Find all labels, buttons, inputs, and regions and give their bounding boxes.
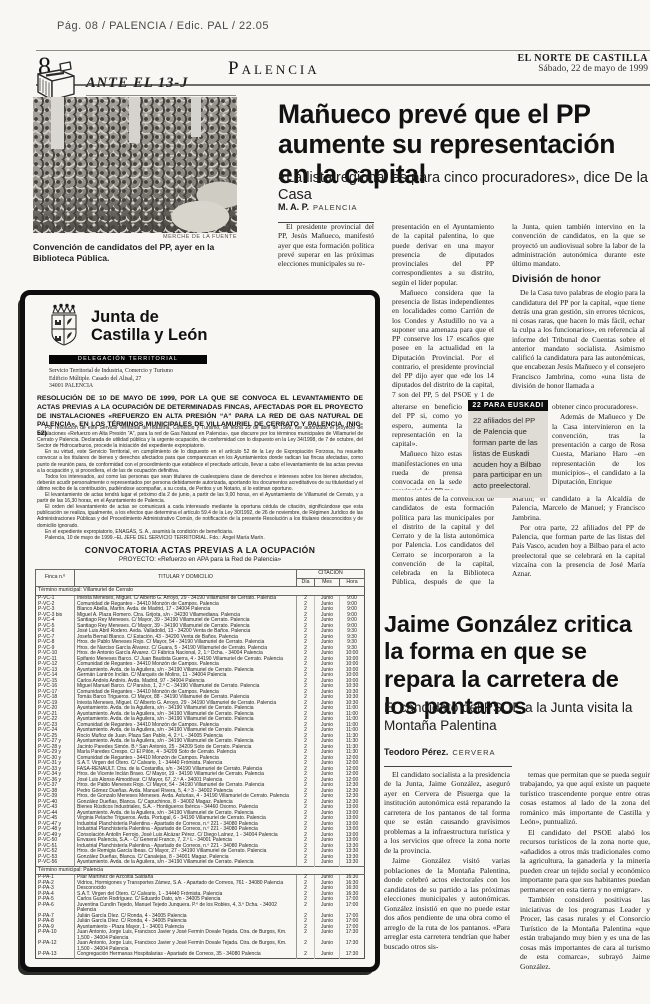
byline-author: Teodoro Pérez. (384, 747, 448, 757)
article2-subhead: El candidato del PSOE a la Junta visita … (384, 699, 646, 734)
table-cell: P-PA-13 (36, 952, 75, 958)
article2-col2: temas que permitan que se pueda seguir t… (520, 770, 650, 998)
col-header-dia: Día (297, 578, 315, 587)
paragraph: Todos los interesados, así como las pers… (37, 474, 363, 492)
paragraph: El candidato socialista a la presidencia… (384, 770, 510, 855)
article1-col2b: alterarse en beneficio del PP si, como y… (392, 402, 462, 490)
table-cell: 17:30 (340, 952, 365, 958)
article1-col3b: obtener cinco procuradores».Además de Ma… (552, 402, 645, 490)
article1-col2a: presentación en el Ayuntamiento de la ca… (392, 222, 494, 398)
paragraph: Martín; el candidato a la Alcaldía de Pa… (512, 494, 645, 522)
crowd-photo (33, 97, 237, 233)
paragraph: obtener cinco procuradores». (552, 402, 645, 411)
article2-byline: Teodoro Pérez. CERVERA (384, 742, 512, 767)
byline-place: CERVERA (452, 748, 495, 757)
article1-crosshead: División de honor (512, 273, 645, 285)
junta-wordmark: Junta de Castilla y León (91, 309, 207, 345)
table-cell: Congregación Hermanas Hospitalarias - Ap… (75, 952, 297, 958)
fincas-table: Finca n.º TITULAR Y DOMICILIO CITACIÓN D… (35, 569, 365, 959)
col-header-hora: Hora (340, 578, 365, 587)
paragraph: Además de Mañueco y De la Casa intervini… (552, 412, 645, 486)
article1-col3c: Martín; el candidato a la Alcaldía de Pa… (512, 494, 645, 588)
paper-block: EL NORTE DE CASTILLA Sábado, 22 de mayo … (517, 53, 648, 74)
col-header-mes: Mes (315, 578, 340, 587)
photo-credit: MERCHE DE LA FUENTE (33, 234, 237, 240)
masthead-top-rule (36, 50, 650, 51)
section-tag-label: ANTE EL 13-J (86, 75, 189, 92)
euskadi-box-title: 22 PARA EUSKADI (468, 400, 548, 411)
official-notice-box: Junta de Castilla y León DELEGACIÓN TERR… (20, 290, 380, 972)
paragraph: El candidato del PSOE alabó los recursos… (520, 828, 650, 894)
paragraph: También consideró positivas las iniciati… (520, 895, 650, 971)
paragraph: alterarse en beneficio del PP si, como y… (392, 402, 462, 448)
section-title: Palencia (228, 58, 320, 80)
paragraph: En su virtud, este Servicio Territorial,… (37, 449, 363, 473)
legal-text: Por resolución de este Servicio Territor… (37, 425, 363, 541)
convocatoria-project: PROYECTO: «Refuerzo en APA para la Red d… (25, 556, 375, 563)
newspaper-page: Pág. 08 / PALENCIA / Edic. PAL / 22.05 8… (0, 0, 650, 1004)
table-cell: Junio (315, 952, 340, 958)
issue-date: Sábado, 22 de mayo de 1999 (517, 64, 648, 74)
paragraph: Palencia, 10 de mayo de 1999.–EL JEFE DE… (37, 535, 363, 541)
article1-col3a: la Junta, quien también intervino en la … (512, 222, 645, 398)
article1-col1: El presidente provincial del PP, Jesús M… (278, 222, 374, 288)
paragraph: la Junta, quien también intervino en la … (512, 222, 645, 268)
delegation-bar: DELEGACIÓN TERRITORIAL (49, 355, 207, 364)
paper-name: EL NORTE DE CASTILLA (517, 53, 648, 64)
paragraph: Servicio Territorial de Industria, Comer… (49, 368, 173, 376)
paragraph: mentos antes de la convención de candida… (392, 494, 494, 588)
euskadi-box-text: 22 afiliados del PP de Palencia que form… (468, 411, 548, 498)
paragraph: presentación en el Ayuntamiento de la ca… (392, 222, 494, 287)
table-cell: Vidrios, Hormigones y Transportes Zámez,… (75, 881, 297, 887)
paragraph: De la Casa tuvo palabras de elogio para … (512, 288, 645, 390)
paragraph: Por otra parte, 22 afiliados del PP de P… (512, 523, 645, 579)
paragraph: 34001 PALENCIA (49, 383, 173, 391)
paragraph: El levantamiento de actas tendrá lugar e… (37, 492, 363, 504)
junta-coat-of-arms-icon (45, 303, 85, 360)
article1-col2c: mentos antes de la convención de candida… (392, 494, 494, 588)
table-row: P-PA-13Congregación Hermanas Hospitalari… (36, 952, 365, 958)
article2-col1: El candidato socialista a la presidencia… (384, 770, 510, 998)
tag-underline (86, 95, 236, 96)
print-edition-header: Pág. 08 / PALENCIA / Edic. PAL / 22.05 (57, 20, 269, 32)
paragraph: El orden del levantamiento de actas se c… (37, 504, 363, 528)
paragraph: Por resolución de este Servicio Territor… (37, 425, 363, 449)
table-cell: 2 (297, 952, 315, 958)
col-header-finca: Finca n.º (36, 570, 75, 587)
paragraph: Jaime González visitó varias poblaciones… (384, 856, 510, 951)
paragraph: temas que permitan que se pueda seguir t… (520, 770, 650, 827)
article1-byline: M. A. P. PALENCIA (278, 197, 374, 223)
paragraph: Mañueco hizo estas manifestaciones en un… (392, 449, 462, 490)
paragraph: El presidente provincial del PP, Jesús M… (278, 222, 374, 268)
byline-author: M. A. P. (278, 202, 309, 212)
col-header-citacion: CITACIÓN (297, 570, 365, 579)
euskadi-highlight-box: 22 PARA EUSKADI 22 afiliados del PP de P… (468, 400, 548, 498)
paragraph: Edificio Múltiple. Casado del Alisal, 27 (49, 376, 173, 384)
convocatoria-title: CONVOCATORIA ACTAS PREVIAS A LA OCUPACIÓ… (25, 545, 375, 555)
col-header-titular: TITULAR Y DOMICILIO (75, 570, 297, 587)
paragraph: Mañueco considera que la presencia de li… (392, 288, 494, 398)
photo-caption: Convención de candidatos del PP, ayer en… (33, 242, 239, 263)
byline-place: PALENCIA (313, 203, 358, 212)
dept-address: Servicio Territorial de Industria, Comer… (49, 368, 173, 391)
